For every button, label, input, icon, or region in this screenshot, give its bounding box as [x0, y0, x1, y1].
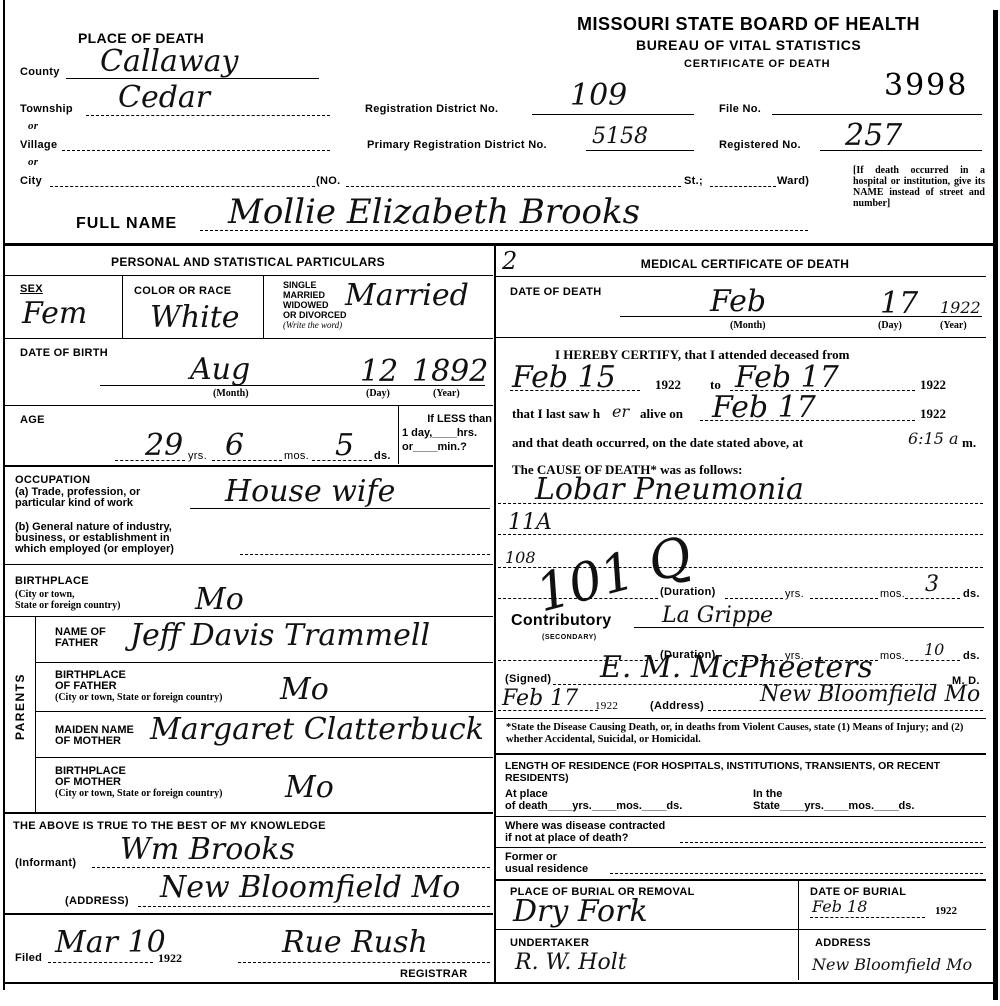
informant-row-line [3, 913, 493, 915]
knowledge-statement: THE ABOVE IS TRUE TO THE BEST OF MY KNOW… [13, 820, 326, 832]
mother-birthplace-line-2: OF MOTHER [55, 777, 222, 788]
contrib-duration-mos-label: mos. [880, 650, 905, 662]
board-title: MISSOURI STATE BOARD OF HEALTH [577, 14, 920, 35]
signed-address-line [708, 710, 983, 711]
less-than-line-3: or____min.? [402, 440, 492, 454]
medical-title-line [496, 276, 986, 277]
undertaker-address-label: ADDRESS [815, 937, 871, 949]
filed-label: Filed [15, 952, 42, 964]
date-of-death-row-line [496, 337, 986, 338]
less-than-line-1: If LESS than [402, 412, 492, 426]
father-name-value[interactable]: Jeff Davis Trammell [130, 618, 430, 653]
marital-labels: SINGLE MARRIED WIDOWED OR DIVORCED (Writ… [283, 280, 347, 330]
village-line [62, 150, 330, 151]
undertaker-address-value[interactable]: New Bloomfield Mo [812, 955, 972, 974]
burial-date-line [810, 917, 925, 918]
father-name-label: NAME OF FATHER [55, 627, 106, 649]
cause-value[interactable]: Lobar Pneumonia [535, 472, 804, 507]
age-divider [398, 406, 399, 464]
father-birthplace-value[interactable]: Mo [280, 672, 329, 707]
death-year-caption: (Year) [940, 320, 967, 331]
informant-value[interactable]: Wm Brooks [120, 832, 295, 867]
village-label: Village [20, 139, 57, 151]
death-month[interactable]: Feb [710, 284, 766, 319]
bottom-border [3, 982, 995, 984]
at-place-line-2: of death____yrs.____mos.____ds. [505, 800, 682, 812]
registration-district-line [532, 114, 694, 115]
mother-name-row-line [36, 757, 493, 758]
signed-date[interactable]: Feb 17 [502, 686, 578, 711]
st-label: St.; [684, 175, 703, 187]
signed-year: 1922 [595, 700, 618, 712]
file-no-label: File No. [719, 103, 761, 115]
marital-value[interactable]: Married [345, 278, 469, 313]
informant-line [92, 867, 490, 868]
signed-label: (Signed) [505, 673, 551, 685]
filed-date-line [48, 962, 153, 963]
hospital-note: [If death occurred in a hospital or inst… [853, 165, 985, 209]
registrar-label: REGISTRAR [400, 968, 467, 980]
marital-widowed: WIDOWED [283, 300, 347, 310]
former-line-1: Former or [505, 851, 588, 863]
mother-birthplace-note: (City or town, State or foreign country) [55, 788, 222, 799]
informant-address-value[interactable]: New Bloomfield Mo [160, 870, 460, 905]
father-name-row-line [36, 662, 493, 663]
m-label: m. [962, 435, 976, 451]
duration-mos-label: mos. [880, 588, 905, 600]
marital-married: MARRIED [283, 290, 347, 300]
registrar-signature[interactable]: Rue Rush [282, 925, 428, 960]
marital-divorced: OR DIVORCED [283, 310, 347, 320]
primary-registration-value[interactable]: 5158 [592, 124, 648, 149]
ds-label: ds. [374, 450, 391, 462]
duration-leading-line [498, 598, 658, 599]
township-label: Township [20, 103, 73, 115]
personal-section-title: PERSONAL AND STATISTICAL PARTICULARS [3, 255, 493, 269]
contrib-duration-ds-line [905, 660, 960, 661]
sex-label: SEX [20, 283, 43, 295]
duration-yrs-line [725, 598, 783, 599]
death-day-caption: (Day) [878, 320, 902, 331]
bureau-title: BUREAU OF VITAL STATISTICS [636, 37, 861, 53]
at-place-line-1: At place [505, 788, 682, 800]
birthplace-note: (City or town, State or foreign country) [15, 589, 120, 611]
mother-name-label: MAIDEN NAME OF MOTHER [55, 725, 134, 747]
dob-year[interactable]: 1892 [412, 354, 488, 389]
footnote-row-line [496, 753, 986, 755]
contrib-duration-ds-value[interactable]: 10 [924, 640, 944, 659]
secondary-label: (SECONDARY) [542, 632, 597, 643]
center-divider [494, 246, 496, 982]
informant-address-line [138, 906, 490, 907]
color-label: COLOR OR RACE [134, 285, 231, 297]
contracted-line-2: if not at place of death? [505, 832, 665, 844]
birthplace-row-line [3, 616, 493, 617]
signed-address-label: (Address) [650, 700, 704, 712]
residence-title: LENGTH OF RESIDENCE (FOR HOSPITALS, INST… [505, 760, 985, 784]
dob-day[interactable]: 12 [360, 354, 398, 389]
age-days[interactable]: 5 [335, 428, 354, 463]
occupation-title: OCCUPATION [15, 474, 90, 486]
ward-line [710, 186, 776, 187]
age-label: AGE [20, 414, 45, 426]
yrs-label: yrs. [188, 450, 207, 462]
right-border [993, 10, 998, 1000]
last-saw-prefix: that I last saw h [512, 406, 600, 422]
last-saw-date[interactable]: Feb 17 [712, 390, 816, 425]
in-state-line-2: State____yrs.____mos.____ds. [753, 800, 914, 812]
mos-label: mos. [284, 450, 309, 462]
last-saw-year: 1922 [920, 406, 946, 422]
contracted-row-line [496, 847, 986, 848]
last-saw-pronoun[interactable]: er [612, 402, 629, 421]
or-label-1: or [28, 120, 38, 132]
city-line [50, 186, 315, 187]
less-than-line-2: 1 day,____hrs. [402, 426, 492, 440]
contracted-line [680, 842, 983, 843]
age-years[interactable]: 29 [145, 428, 183, 463]
burial-date-year: 1922 [935, 905, 957, 917]
sex-divider [122, 276, 123, 338]
less-than-box: If LESS than 1 day,____hrs. or____min.? [402, 412, 492, 454]
mother-name-value[interactable]: Margaret Clatterbuck [150, 712, 484, 747]
age-months-line [212, 460, 282, 461]
registration-district-value[interactable]: 109 [570, 78, 627, 113]
ward-label: Ward) [777, 175, 809, 187]
duration-ds-line [905, 598, 960, 599]
date-of-death-label: DATE OF DEATH [510, 286, 602, 298]
in-state-line-1: In the [753, 788, 914, 800]
dob-month-caption: (Month) [213, 388, 249, 399]
registered-no-value[interactable]: 257 [845, 118, 902, 153]
contrib-duration-ds-label: ds. [963, 650, 980, 662]
occupation-row-line [3, 564, 493, 565]
dob-month[interactable]: Aug [190, 352, 250, 387]
full-name-label: FULL NAME [76, 215, 177, 233]
attended-to-year: 1922 [920, 377, 946, 393]
occupation-b-label: (b) General nature of industry, business… [15, 522, 174, 555]
dob-row-line [3, 405, 493, 406]
death-year[interactable]: 1922 [940, 298, 981, 317]
burial-date-value[interactable]: Feb 18 [812, 897, 867, 916]
dob-year-caption: (Year) [433, 388, 460, 399]
or-label-2: or [28, 156, 38, 168]
filed-date[interactable]: Mar 10 [55, 925, 166, 960]
city-label: City [20, 175, 42, 187]
birthplace-value[interactable]: Mo [195, 582, 244, 617]
marital-single: SINGLE [283, 280, 347, 290]
father-birthplace-note: (City or town, State or foreign country) [55, 692, 222, 703]
birthplace-note-2: State or foreign country) [15, 600, 120, 611]
code-1: 11A [508, 510, 552, 535]
cause-footnote: *State the Disease Causing Death, or, in… [506, 722, 984, 746]
code-2: 108 [505, 548, 536, 567]
parents-label: PARENTS [13, 673, 27, 740]
color-divider [263, 276, 264, 338]
residence-in-state: In the State____yrs.____mos.____ds. [753, 788, 914, 812]
street-line [346, 186, 681, 187]
parents-divider [35, 617, 36, 813]
primary-registration-label: Primary Registration District No. [367, 139, 547, 151]
attended-from[interactable]: Feb 15 [512, 360, 616, 395]
former-residence-line [610, 873, 983, 874]
color-value[interactable]: White [150, 300, 240, 335]
primary-registration-line [586, 150, 694, 151]
duration-mos-line [810, 598, 878, 599]
mother-birthplace-value[interactable]: Mo [285, 770, 334, 805]
registration-district-label: Registration District No. [365, 103, 498, 115]
father-birthplace-label: BIRTHPLACE OF FATHER (City or town, Stat… [55, 670, 222, 703]
contributory-value[interactable]: La Grippe [662, 603, 773, 628]
no-label: (NO. [316, 175, 340, 187]
father-name-line-2: FATHER [55, 638, 106, 649]
registered-no-label: Registered No. [719, 139, 801, 151]
informant-address-label: (ADDRESS) [65, 895, 129, 907]
duration-yrs-label: yrs. [785, 588, 804, 600]
contracted-line-1: Where was disease contracted [505, 820, 665, 832]
file-no-line [772, 114, 982, 115]
duration-ds-label: ds. [963, 588, 980, 600]
full-name-value[interactable]: Mollie Elizabeth Brooks [228, 192, 640, 232]
parents-row-line [3, 812, 493, 814]
undertaker-label: UNDERTAKER [510, 937, 589, 949]
contributory-label: Contributory [511, 612, 611, 630]
header-divider [3, 243, 995, 246]
medical-section-title: MEDICAL CERTIFICATE OF DEATH [495, 257, 995, 271]
dob-day-caption: (Day) [366, 388, 390, 399]
birthplace-title: BIRTHPLACE [15, 575, 89, 587]
occupation-a-label: (a) Trade, profession, or particular kin… [15, 487, 140, 509]
mother-name-line-2: OF MOTHER [55, 736, 134, 747]
occupation-b-line-3: which employed (or employer) [15, 544, 174, 555]
former-line-2: usual residence [505, 863, 588, 875]
age-row-line [3, 465, 493, 467]
township-line [86, 115, 330, 116]
alive-on-label: alive on [640, 406, 683, 422]
former-residence-label: Former or usual residence [505, 851, 588, 875]
occupation-b-line [240, 554, 490, 555]
burial-divider [798, 880, 799, 980]
signed-row-line [496, 718, 986, 719]
contracted-label: Where was disease contracted if not at p… [505, 820, 665, 844]
undertaker-value[interactable]: R. W. Holt [515, 950, 627, 975]
signed-value[interactable]: E. M. McPheeters [600, 650, 873, 685]
birthplace-note-1: (City or town, [15, 589, 120, 600]
residence-bottom-line [496, 879, 986, 881]
death-day[interactable]: 17 [880, 286, 918, 321]
certificate-title: CERTIFICATE OF DEATH [684, 58, 830, 70]
sex-value[interactable]: Fem [22, 296, 87, 331]
personal-title-line [3, 275, 493, 276]
county-value[interactable]: Callaway [100, 44, 238, 79]
cause-line-2 [498, 534, 983, 535]
duration-ds-value[interactable]: 3 [925, 572, 939, 597]
duration-label: (Duration) [660, 586, 716, 598]
burial-row-line [496, 929, 986, 930]
filed-year: 1922 [158, 951, 182, 966]
occupation-a-line-2: particular kind of work [15, 498, 140, 509]
occupation-a-value[interactable]: House wife [225, 474, 395, 509]
certificate-number: 3998 [884, 68, 968, 103]
informant-label: (Informant) [15, 857, 76, 869]
attended-from-year: 1922 [655, 377, 681, 393]
father-birthplace-line-2: OF FATHER [55, 681, 222, 692]
burial-place-value[interactable]: Dry Fork [513, 894, 648, 929]
township-value[interactable]: Cedar [118, 80, 210, 115]
dob-label: DATE OF BIRTH [20, 347, 108, 359]
date-of-death-line [620, 316, 982, 317]
residence-at-place: At place of death____yrs.____mos.____ds. [505, 788, 682, 812]
age-months[interactable]: 6 [225, 428, 244, 463]
death-month-caption: (Month) [730, 320, 766, 331]
signed-address-value[interactable]: New Bloomfield Mo [760, 682, 980, 707]
registrar-line [238, 962, 490, 963]
marital-row-line [3, 338, 493, 339]
residence-row-line [496, 816, 986, 817]
mother-birthplace-label: BIRTHPLACE OF MOTHER (City or town, Stat… [55, 766, 222, 799]
time-of-death[interactable]: 6:15 a [908, 429, 959, 448]
county-label: County [20, 66, 60, 78]
marital-write-note: (Write the word) [283, 320, 347, 330]
occurred-text: and that death occurred, on the date sta… [512, 435, 803, 451]
left-border [3, 0, 5, 990]
